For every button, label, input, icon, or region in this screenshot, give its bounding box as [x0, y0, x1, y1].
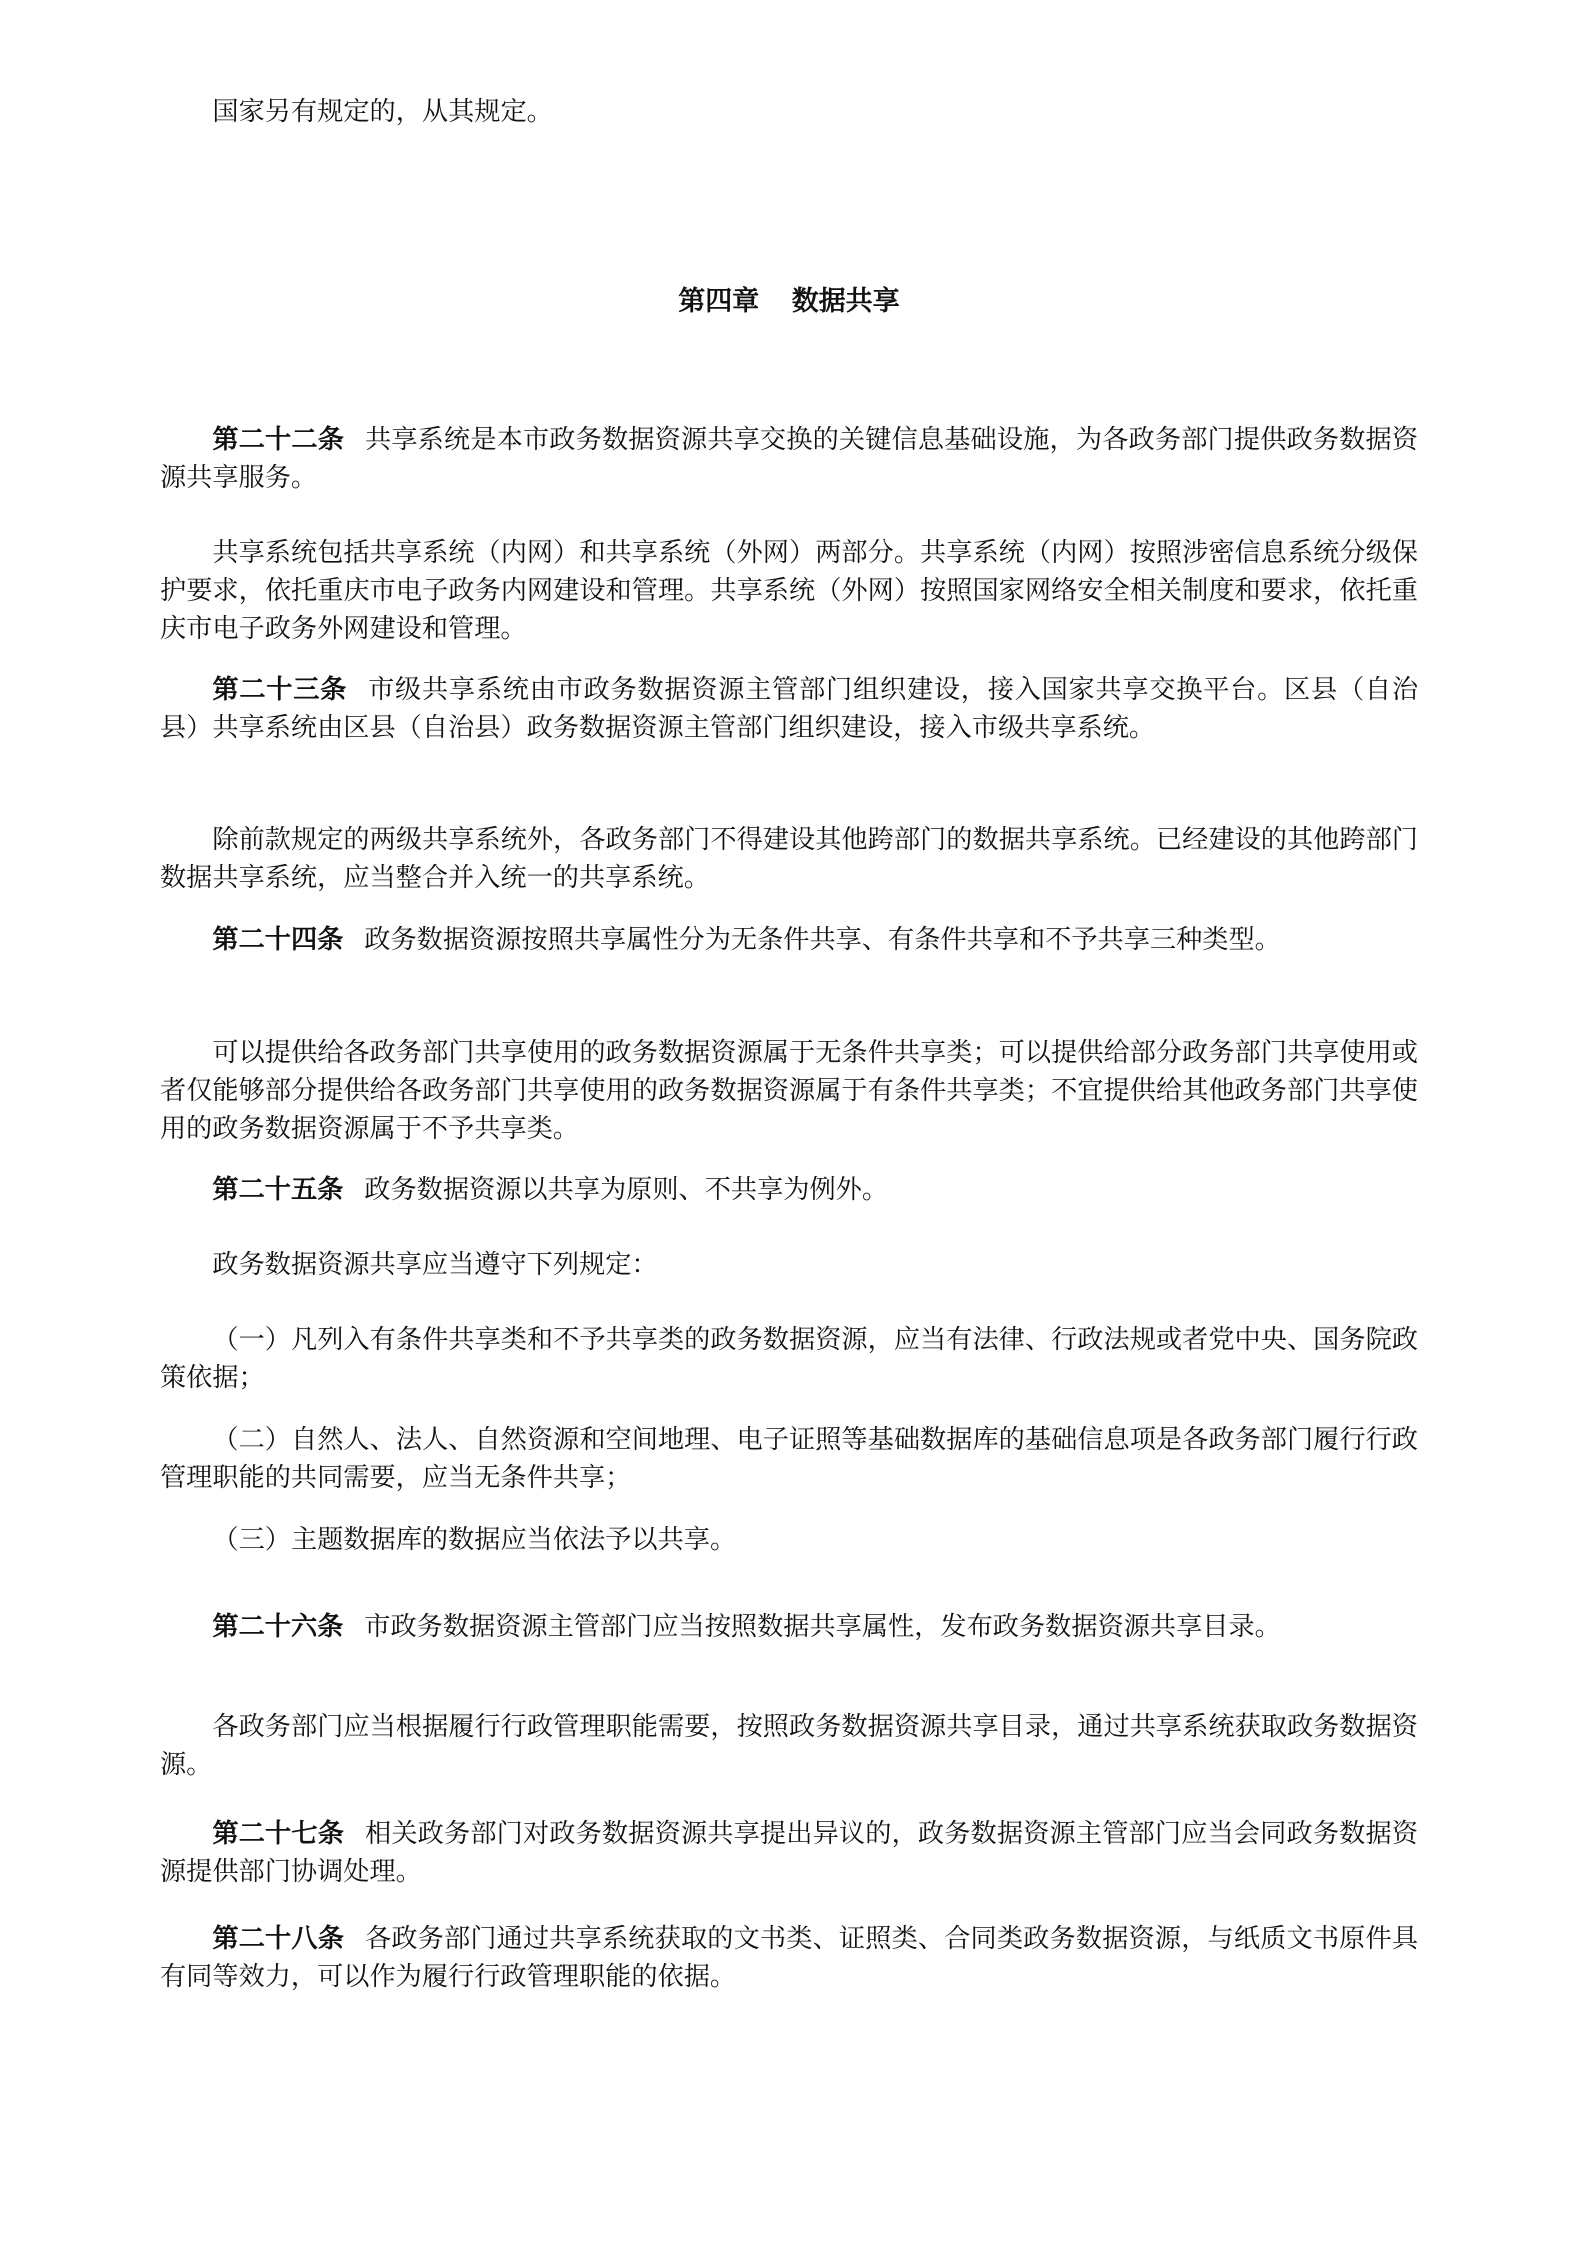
- article-number: 第二十七条: [212, 1819, 344, 1849]
- article-25-paragraph: 第二十五条政务数据资源以共享为原则、不共享为例外。: [160, 1171, 1418, 1209]
- paragraph-text: 市政务数据资源主管部门应当按照数据共享属性，发布政务数据资源共享目录。: [364, 1612, 1281, 1642]
- paragraph-text: （三）主题数据库的数据应当依法予以共享。: [212, 1525, 736, 1555]
- paragraph-text: （二）自然人、法人、自然资源和空间地理、电子证照等基础数据库的基础信息项是各政务…: [160, 1425, 1418, 1493]
- article-25-paragraph-2: 政务数据资源共享应当遵守下列规定：: [160, 1246, 1418, 1284]
- article-number: 第二十二条: [212, 425, 344, 455]
- paragraph-text: 各政务部门应当根据履行行政管理职能需要，按照政务数据资源共享目录，通过共享系统获…: [160, 1712, 1418, 1780]
- paragraph-text: 政务数据资源共享应当遵守下列规定：: [212, 1250, 657, 1280]
- paragraph-text: 各政务部门通过共享系统获取的文书类、证照类、合同类政务数据资源，与纸质文书原件具…: [160, 1924, 1418, 1992]
- article-25-item-1: （一）凡列入有条件共享类和不予共享类的政务数据资源，应当有法律、行政法规或者党中…: [160, 1321, 1418, 1397]
- article-number: 第二十六条: [212, 1612, 343, 1642]
- paragraph-text: （一）凡列入有条件共享类和不予共享类的政务数据资源，应当有法律、行政法规或者党中…: [160, 1325, 1418, 1393]
- article-24-paragraph-2: 可以提供给各政务部门共享使用的政务数据资源属于无条件共享类；可以提供给部分政务部…: [160, 1034, 1418, 1148]
- paragraph-text: 市级共享系统由市政务数据资源主管部门组织建设，接入国家共享交换平台。区县（自治县…: [160, 675, 1418, 743]
- chapter-heading: 第四章数据共享: [160, 283, 1418, 321]
- article-26-paragraph: 第二十六条市政务数据资源主管部门应当按照数据共享属性，发布政务数据资源共享目录。: [160, 1608, 1418, 1646]
- paragraph-text: 共享系统是本市政务数据资源共享交换的关键信息基础设施，为各政务部门提供政务数据资…: [160, 425, 1418, 493]
- article-22-paragraph: 第二十二条共享系统是本市政务数据资源共享交换的关键信息基础设施，为各政务部门提供…: [160, 421, 1418, 497]
- article-24-paragraph: 第二十四条政务数据资源按照共享属性分为无条件共享、有条件共享和不予共享三种类型。: [160, 921, 1418, 959]
- article-number: 第二十四条: [212, 925, 343, 955]
- article-23-paragraph-2: 除前款规定的两级共享系统外，各政务部门不得建设其他跨部门的数据共享系统。已经建设…: [160, 821, 1418, 897]
- article-28-paragraph: 第二十八条各政务部门通过共享系统获取的文书类、证照类、合同类政务数据资源，与纸质…: [160, 1920, 1418, 1996]
- paragraph-text: 可以提供给各政务部门共享使用的政务数据资源属于无条件共享类；可以提供给部分政务部…: [160, 1038, 1418, 1144]
- article-25-item-3: （三）主题数据库的数据应当依法予以共享。: [160, 1521, 1418, 1559]
- article-27-paragraph: 第二十七条相关政务部门对政务数据资源共享提出异议的，政务数据资源主管部门应当会同…: [160, 1815, 1418, 1891]
- paragraph-text: 除前款规定的两级共享系统外，各政务部门不得建设其他跨部门的数据共享系统。已经建设…: [160, 825, 1418, 893]
- article-23-paragraph: 第二十三条市级共享系统由市政务数据资源主管部门组织建设，接入国家共享交换平台。区…: [160, 671, 1418, 747]
- paragraph-text: 相关政务部门对政务数据资源共享提出异议的，政务数据资源主管部门应当会同政务数据资…: [160, 1819, 1418, 1887]
- article-26-paragraph-2: 各政务部门应当根据履行行政管理职能需要，按照政务数据资源共享目录，通过共享系统获…: [160, 1708, 1418, 1784]
- paragraph-text: 政务数据资源以共享为原则、不共享为例外。: [364, 1175, 888, 1205]
- article-number: 第二十三条: [212, 675, 347, 705]
- article-number: 第二十五条: [212, 1175, 343, 1205]
- chapter-number: 第四章: [678, 286, 759, 317]
- article-number: 第二十八条: [212, 1924, 344, 1954]
- article-22-paragraph-2: 共享系统包括共享系统（内网）和共享系统（外网）两部分。共享系统（内网）按照涉密信…: [160, 534, 1418, 648]
- article-25-item-2: （二）自然人、法人、自然资源和空间地理、电子证照等基础数据库的基础信息项是各政务…: [160, 1421, 1418, 1497]
- lead-paragraph: 国家另有规定的，从其规定。: [160, 93, 1418, 131]
- paragraph-text: 政务数据资源按照共享属性分为无条件共享、有条件共享和不予共享三种类型。: [364, 925, 1281, 955]
- chapter-title: 数据共享: [792, 286, 900, 317]
- paragraph-text: 国家另有规定的，从其规定。: [212, 97, 552, 127]
- paragraph-text: 共享系统包括共享系统（内网）和共享系统（外网）两部分。共享系统（内网）按照涉密信…: [160, 538, 1418, 644]
